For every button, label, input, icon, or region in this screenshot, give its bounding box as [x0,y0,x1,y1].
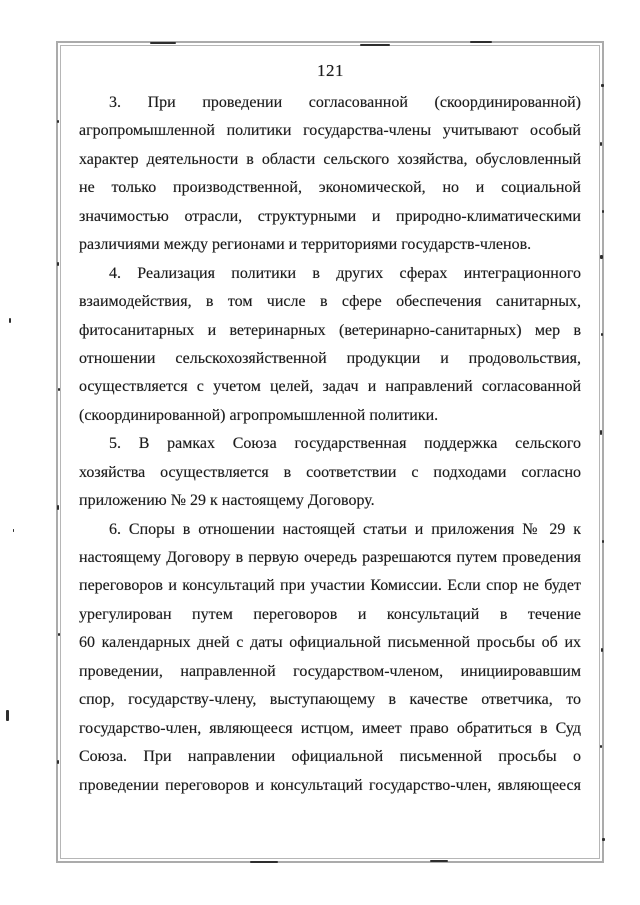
scan-artifact [470,41,492,43]
text-line: 60 календарных дней с даты официальной п… [79,629,581,657]
text-line: агропромышленной политики государства-чл… [79,117,581,145]
scan-artifact [600,745,602,748]
scan-artifact [57,120,59,123]
scan-artifact [9,318,11,323]
scan-artifact [57,760,59,764]
scan-artifact [600,142,602,146]
scan-artifact [600,430,602,435]
text-line: взаимодействия, в том числе в сфере обес… [79,288,581,316]
scan-artifact [58,633,60,636]
text-line: характер деятельности в области сельског… [79,146,581,174]
scan-artifact [430,860,448,862]
text-line: не только производственной, экономическо… [79,174,581,202]
scan-artifact [58,388,60,391]
scan-artifact [150,42,176,44]
scan-artifact [602,838,605,841]
paragraph-4: 4. Реализация политики в других сферах и… [79,260,581,431]
text-line: Союза. При направлении официальной письм… [79,743,581,771]
text-line: урегулирован путем переговоров и консуль… [79,601,581,629]
document-text: 3. При проведении согласованной (скоорди… [79,89,581,800]
text-line: приложению № 29 к настоящему Договору. [79,487,581,515]
scan-artifact [57,262,59,266]
scan-artifact [601,333,603,336]
scan-artifact [360,44,390,46]
text-line: различиями между регионами и территориям… [79,231,581,259]
text-line: значимостью отрасли, структурными и прир… [79,203,581,231]
text-line: проведении переговоров и консультаций го… [79,772,581,800]
text-line: 5. В рамках Союза государственная поддер… [79,430,581,458]
text-line: 6. Споры в отношении настоящей статьи и … [79,516,581,544]
scan-artifact [57,505,59,510]
scan-artifact [601,648,603,652]
scan-artifact [250,861,278,863]
text-line: фитосанитарных и ветеринарных (ветеринар… [79,317,581,345]
text-line: отношении сельскохозяйственной продукции… [79,345,581,373]
paragraph-5: 5. В рамках Союза государственная поддер… [79,430,581,515]
scan-artifact [602,540,604,543]
text-line: 4. Реализация политики в других сферах и… [79,260,581,288]
scan-artifact [601,84,604,87]
page-number: 121 [57,61,604,81]
scan-artifact [600,255,603,259]
text-line: спор, государству-члену, выступающему в … [79,686,581,714]
text-line: (скоординированной) агропромышленной пол… [79,402,581,430]
text-line: хозяйства осуществляется в соответствии … [79,459,581,487]
text-line: 3. При проведении согласованной (скоорди… [79,89,581,117]
text-line: осуществляется с учетом целей, задач и н… [79,373,581,401]
scan-artifact [13,529,14,532]
text-line: государство-член, являющееся истцом, име… [79,715,581,743]
scan-artifact [602,210,604,213]
scan-artifact [6,710,9,721]
text-line: проведении, направленной государством-чл… [79,658,581,686]
text-line: переговоров и консультаций при участии К… [79,572,581,600]
paragraph-3: 3. При проведении согласованной (скоорди… [79,89,581,260]
paragraph-6: 6. Споры в отношении настоящей статьи и … [79,516,581,800]
text-line: настоящему Договору в первую очередь раз… [79,544,581,572]
scanned-document-page: 121 3. При проведении согласованной (ско… [0,0,640,905]
